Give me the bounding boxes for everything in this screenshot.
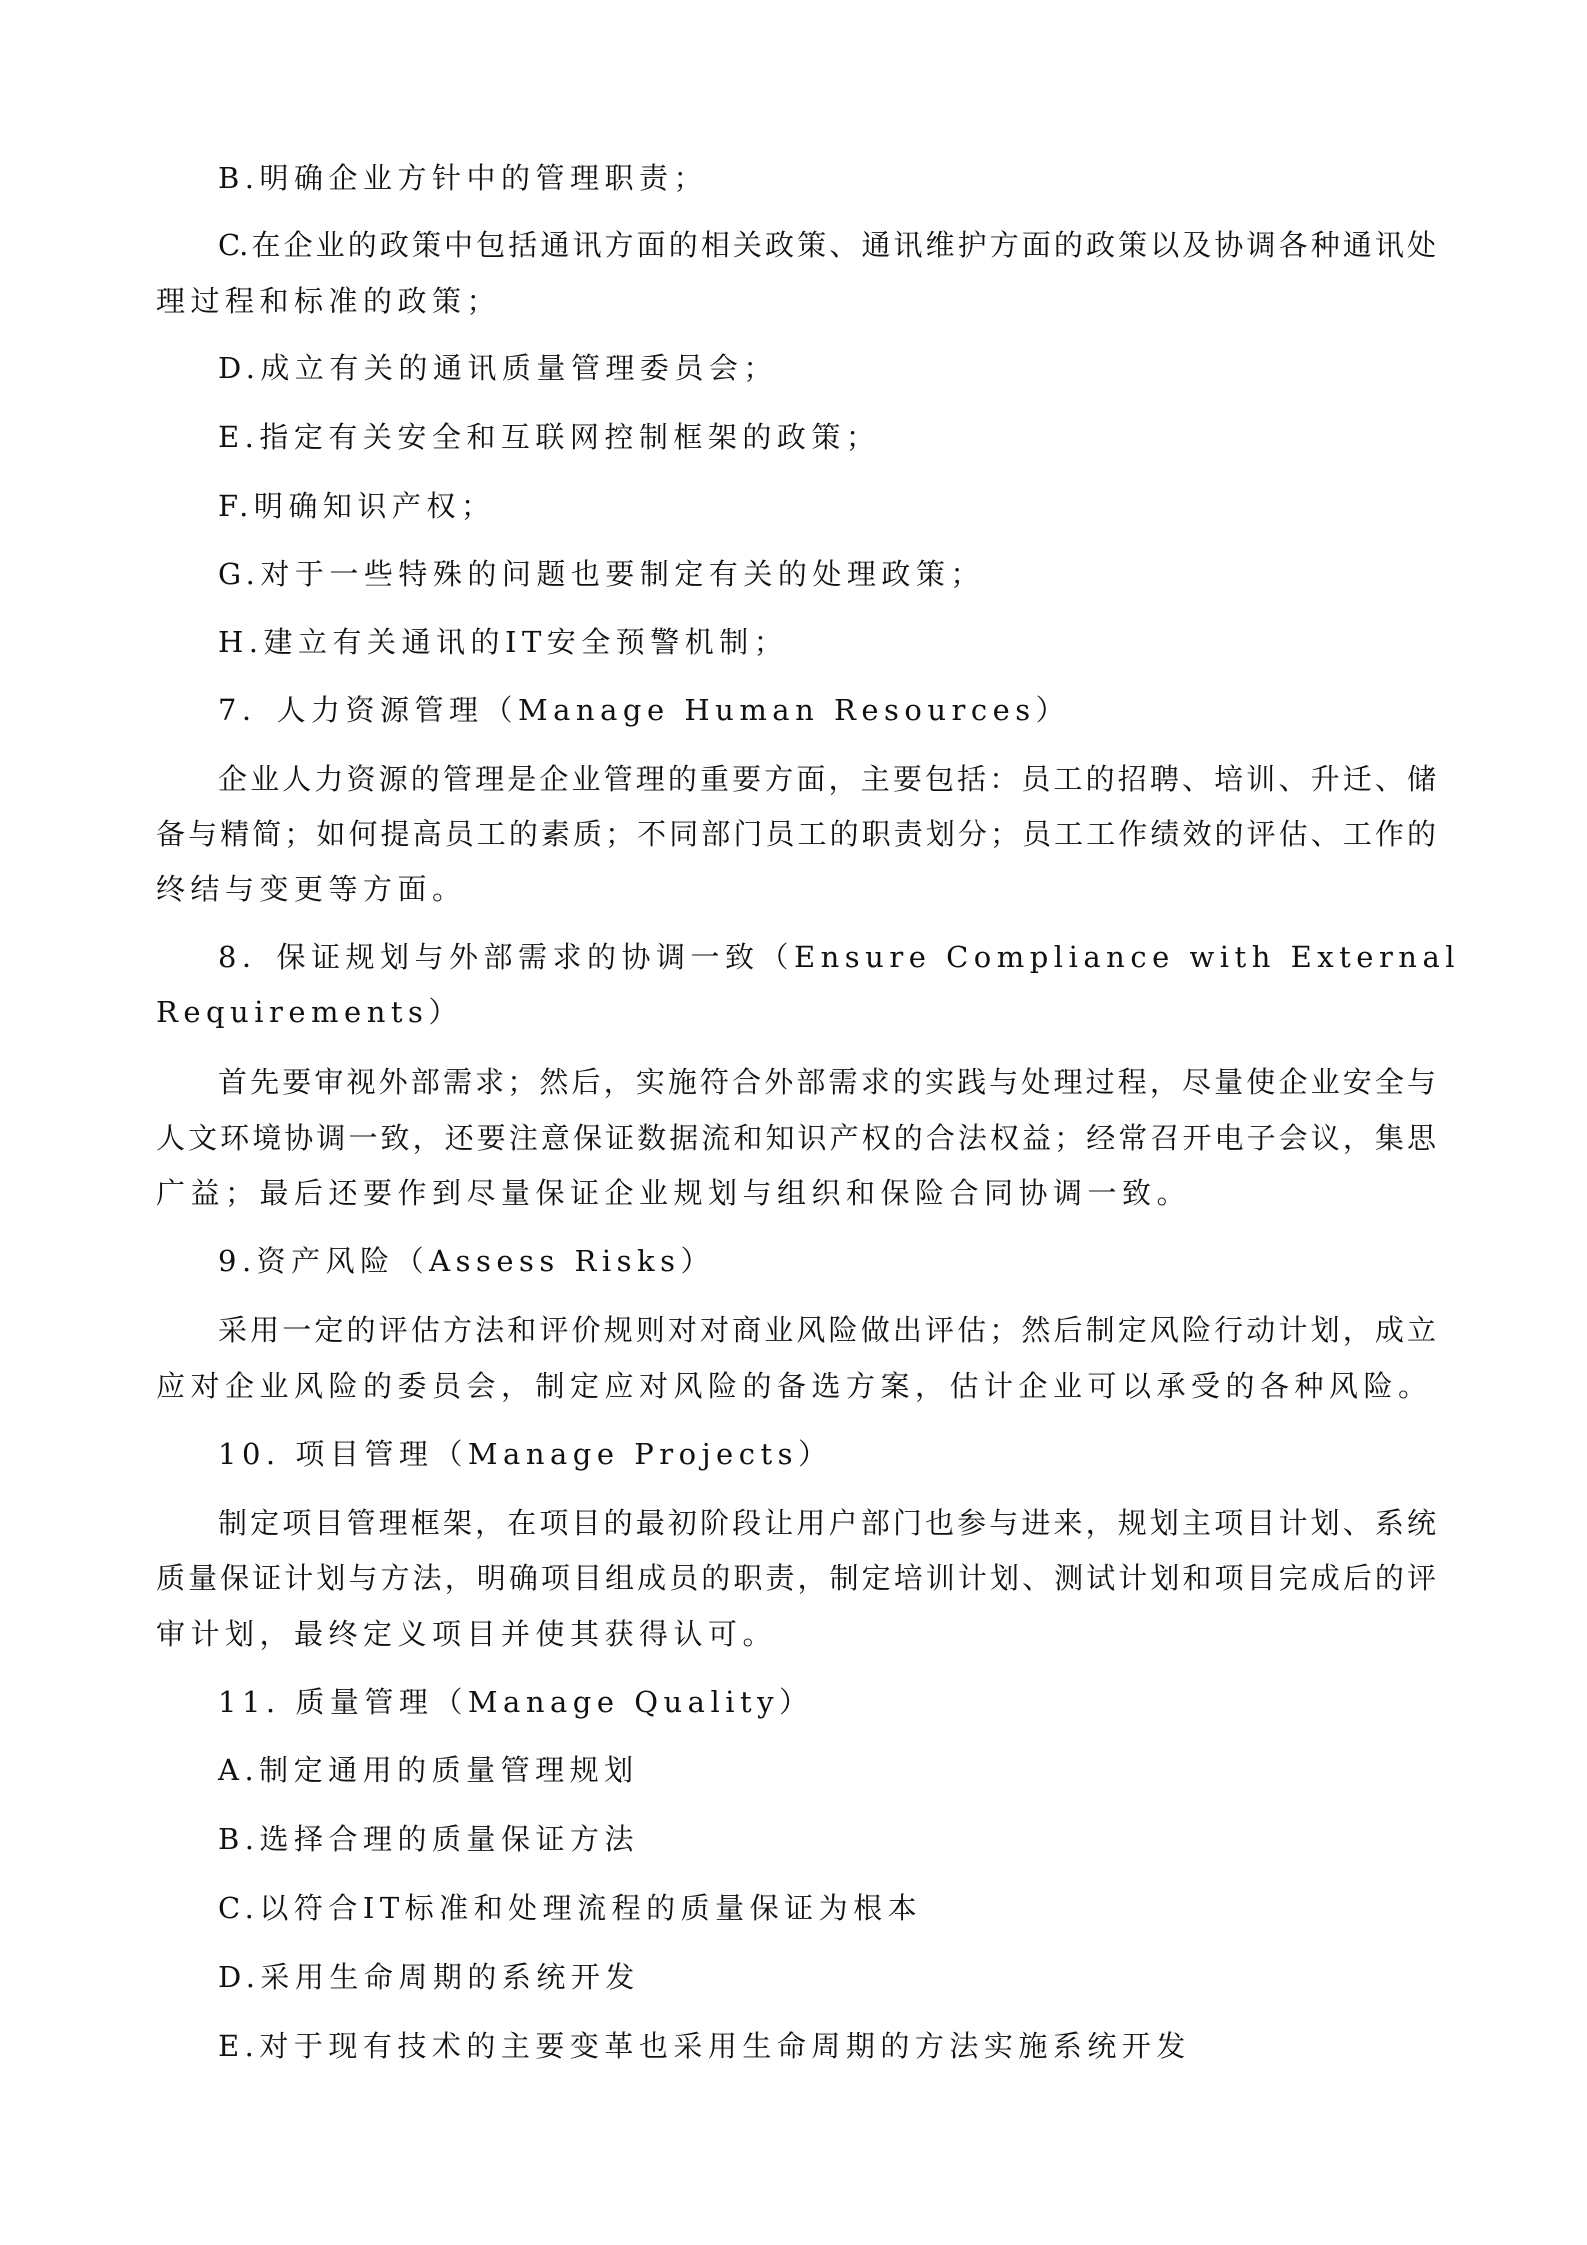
- section-10-body-line-1: 制定项目管理框架，在项目的最初阶段让用户部门也参与进来，规划主项目计划、系统: [218, 1503, 1436, 1543]
- list-item-d-lifecycle: D.采用生命周期的系统开发: [218, 1957, 640, 1997]
- section-10-body-line-2: 质量保证计划与方法，明确项目组成员的职责，制定培训计划、测试计划和项目完成后的评: [156, 1558, 1436, 1598]
- list-item-c-comm-policies: C.在企业的政策中包括通讯方面的相关政策、通讯维护方面的政策以及协调各种通讯处: [218, 225, 1436, 265]
- section-8-body-line-1: 首先要审视外部需求；然后，实施符合外部需求的实践与处理过程，尽量使企业安全与: [218, 1062, 1436, 1102]
- list-item-a-quality-plan: A.制定通用的质量管理规划: [218, 1750, 639, 1790]
- list-item-c-comm-policies-cont: 理过程和标准的政策；: [156, 281, 501, 321]
- list-item-f-ip-rights: F.明确知识产权；: [218, 486, 495, 526]
- section-11-heading: 11. 质量管理（Manage Quality）: [218, 1682, 814, 1722]
- section-9-body-line-2: 应对企业风险的委员会，制定应对风险的备选方案，估计企业可以承受的各种风险。: [156, 1366, 1433, 1406]
- section-7-body-line-1: 企业人力资源的管理是企业管理的重要方面，主要包括：员工的招聘、培训、升迁、储: [218, 759, 1436, 799]
- section-9-heading: 9.资产风险（Assess Risks）: [218, 1241, 715, 1281]
- section-7-body-line-2: 备与精简；如何提高员工的素质；不同部门员工的职责划分；员工工作绩效的评估、工作的: [156, 814, 1436, 854]
- document-page: B.明确企业方针中的管理职责； C.在企业的政策中包括通讯方面的相关政策、通讯维…: [0, 0, 1587, 2245]
- list-item-g-special-issues: G.对于一些特殊的问题也要制定有关的处理政策；: [218, 554, 985, 594]
- section-8-body-line-3: 广益；最后还要作到尽量保证企业规划与组织和保险合同协调一致。: [156, 1173, 1191, 1213]
- list-item-b-management-duties: B.明确企业方针中的管理职责；: [218, 158, 708, 198]
- section-8-heading: 8．保证规划与外部需求的协调一致（Ensure Compliance with …: [218, 937, 1460, 977]
- list-item-h-it-alert: H.建立有关通讯的IT安全预警机制；: [218, 622, 788, 662]
- section-10-body-line-3: 审计划，最终定义项目并使其获得认可。: [156, 1614, 777, 1654]
- section-10-heading: 10. 项目管理（Manage Projects）: [218, 1434, 833, 1474]
- section-7-heading: 7．人力资源管理（Manage Human Resources）: [218, 690, 1070, 730]
- list-item-e-security-policy: E.指定有关安全和互联网控制框架的政策；: [218, 417, 880, 457]
- list-item-b-qa-method: B.选择合理的质量保证方法: [218, 1819, 639, 1859]
- section-9-body-line-1: 采用一定的评估方法和评价规则对对商业风险做出评估；然后制定风险行动计划，成立: [218, 1310, 1436, 1350]
- list-item-c-it-standards: C.以符合IT标准和处理流程的质量保证为根本: [218, 1888, 922, 1928]
- section-8-heading-cont: Requirements）: [156, 992, 463, 1032]
- section-7-body-line-3: 终结与变更等方面。: [156, 869, 467, 909]
- list-item-e-tech-change: E.对于现有技术的主要变革也采用生命周期的方法实施系统开发: [218, 2026, 1191, 2066]
- list-item-d-quality-committee: D.成立有关的通讯质量管理委员会；: [218, 348, 778, 388]
- section-8-body-line-2: 人文环境协调一致，还要注意保证数据流和知识产权的合法权益；经常召开电子会议，集思: [156, 1118, 1436, 1158]
